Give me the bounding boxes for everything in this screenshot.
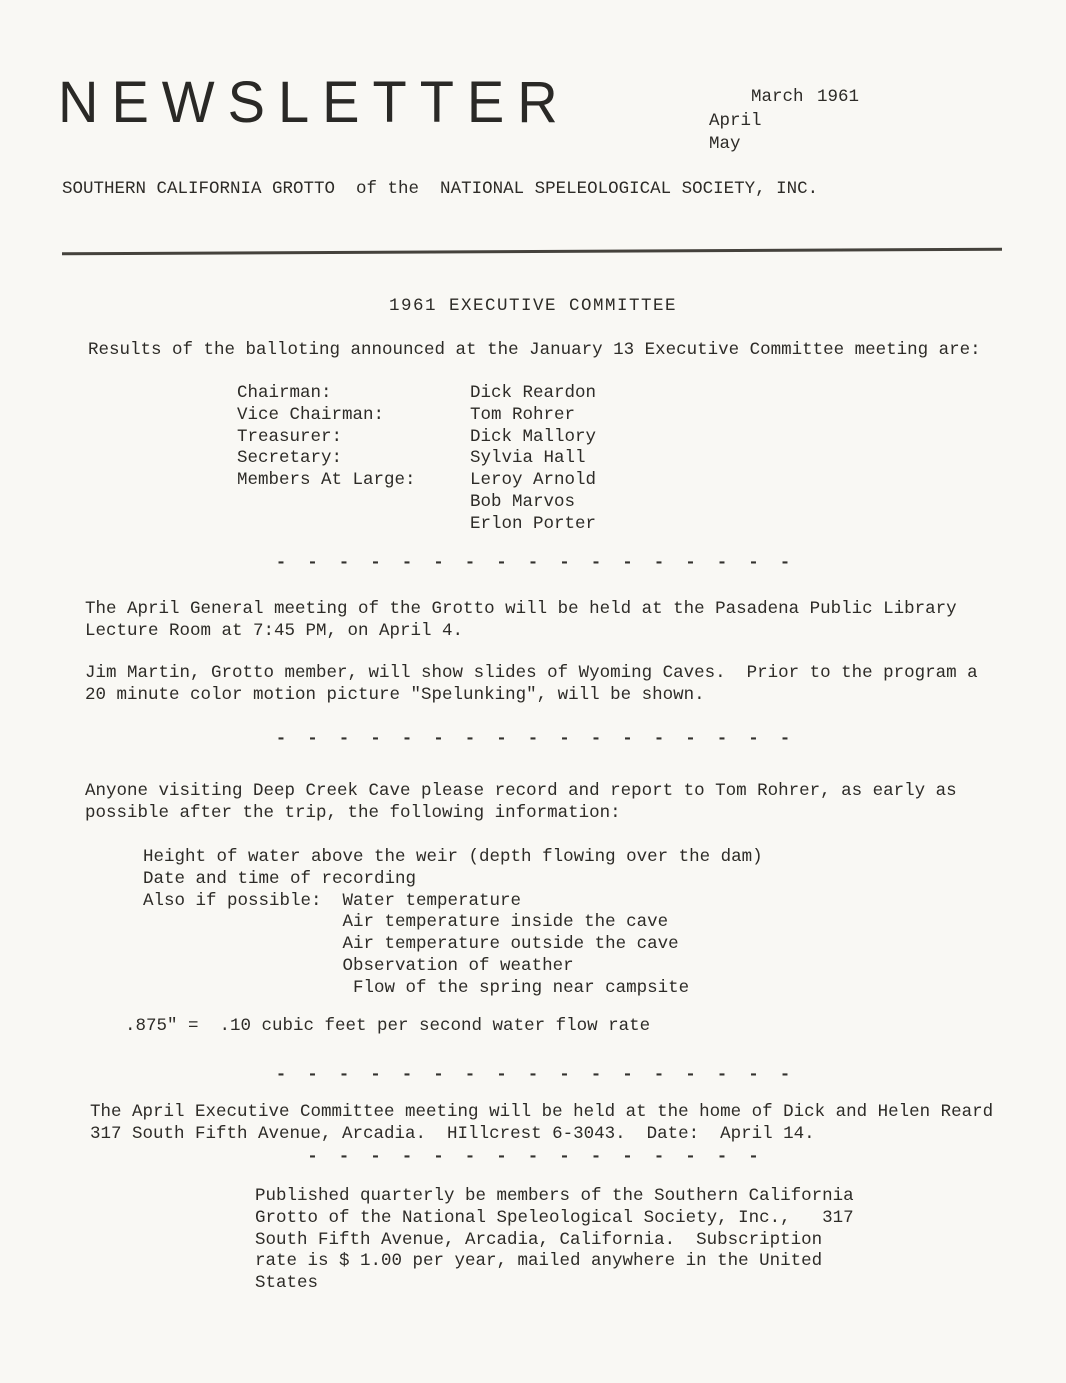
officer-row: Chairman: Dick Reardon — [237, 383, 596, 405]
water-flow-rate-line: .875" = .10 cubic feet per second water … — [125, 1016, 650, 1038]
dashed-divider-short: - - - - - - - - - - - - - - - — [0, 1147, 1066, 1169]
balloting-results-intro: Results of the balloting announced at th… — [88, 340, 981, 362]
publication-info-block: Published quarterly be members of the So… — [255, 1186, 854, 1295]
header-rule — [62, 248, 1002, 255]
officer-name: Sylvia Hall — [470, 448, 586, 470]
officer-role — [237, 492, 470, 514]
officer-row: Members At Large: Leroy Arnold — [237, 470, 596, 492]
officer-name: Bob Marvos — [470, 492, 575, 514]
officer-role — [237, 514, 470, 536]
officer-name: Dick Reardon — [470, 383, 596, 405]
page-title: NEWSLETTER — [58, 71, 571, 133]
officer-row: Treasurer: Dick Mallory — [237, 427, 596, 449]
officer-name: Erlon Porter — [470, 514, 596, 536]
section-heading-executive-committee: 1961 EXECUTIVE COMMITTEE — [0, 296, 1066, 318]
officer-name: Leroy Arnold — [470, 470, 596, 492]
officer-name: Tom Rohrer — [470, 405, 575, 427]
issue-months: March April May — [709, 87, 804, 154]
newsletter-page: NEWSLETTER March April May 1961 SOUTHERN… — [0, 0, 1066, 1383]
officer-role: Members At Large: — [237, 470, 470, 492]
program-paragraph: Jim Martin, Grotto member, will show sli… — [85, 663, 978, 707]
officer-role: Treasurer: — [237, 427, 470, 449]
officer-role: Chairman: — [237, 383, 470, 405]
dashed-divider: - - - - - - - - - - - - - - - - - — [0, 729, 1066, 751]
officers-list: Chairman: Dick Reardon Vice Chairman: To… — [237, 383, 596, 536]
dashed-divider: - - - - - - - - - - - - - - - - - — [0, 553, 1066, 575]
officer-role: Secretary: — [237, 448, 470, 470]
general-meeting-paragraph: The April General meeting of the Grotto … — [85, 599, 957, 643]
officer-name: Dick Mallory — [470, 427, 596, 449]
issue-year: 1961 — [817, 86, 859, 109]
officer-row: Bob Marvos — [237, 492, 596, 514]
officer-row: Vice Chairman: Tom Rohrer — [237, 405, 596, 427]
deep-creek-intro-paragraph: Anyone visiting Deep Creek Cave please r… — [85, 781, 957, 825]
deep-creek-info-list: Height of water above the weir (depth fl… — [143, 847, 763, 1000]
officer-row: Erlon Porter — [237, 514, 596, 536]
dashed-divider: - - - - - - - - - - - - - - - - - — [0, 1065, 1066, 1087]
officer-role: Vice Chairman: — [237, 405, 470, 427]
organization-line: SOUTHERN CALIFORNIA GROTTO of the NATION… — [62, 179, 818, 201]
executive-meeting-paragraph: The April Executive Committee meeting wi… — [90, 1102, 993, 1146]
officer-row: Secretary: Sylvia Hall — [237, 448, 596, 470]
